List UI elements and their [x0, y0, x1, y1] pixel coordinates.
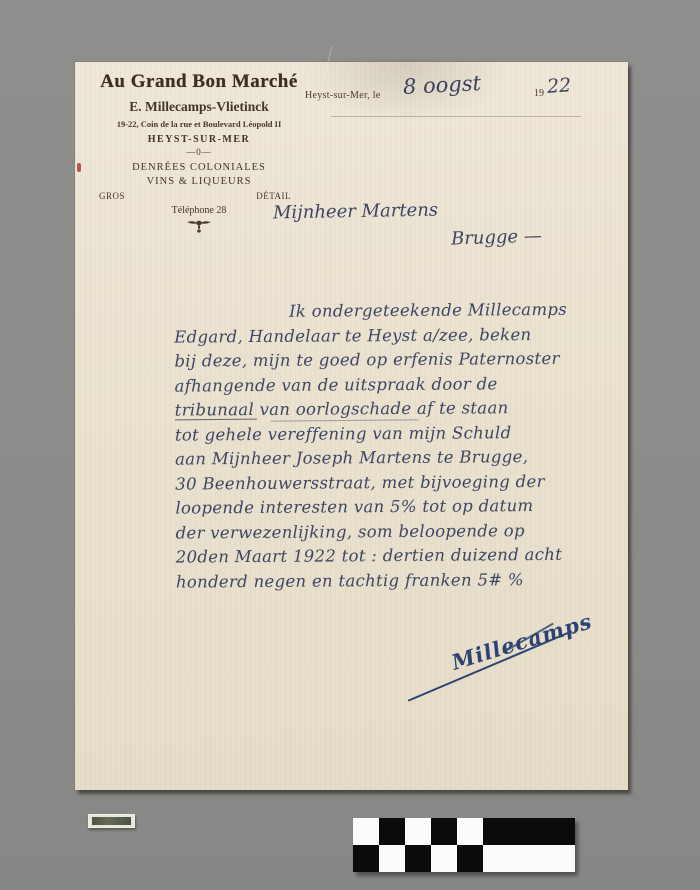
body-line: honderd negen en tachtig franken 5# % — [176, 567, 624, 595]
body-line: bij deze, mijn te goed op erfenis Patern… — [174, 346, 622, 374]
shop-name: Au Grand Bon Marché — [93, 71, 305, 93]
gros-detail-row: GROS DÉTAIL — [93, 191, 305, 201]
letter-paper: Au Grand Bon Marché E. Millecamps-Vlieti… — [75, 62, 628, 790]
dateline-rule — [331, 116, 581, 117]
scale-square — [405, 845, 431, 872]
body-line: Edgard, Handelaar te Heyst a/zee, beken — [174, 322, 622, 350]
scale-square — [431, 818, 457, 845]
body-line: der verwezenlijking, som beloopende op — [176, 518, 624, 546]
scale-bar-row — [353, 845, 575, 872]
letter-body: Ik ondergeteekende Millecamps Edgard, Ha… — [174, 297, 624, 594]
body-line: loopende interesten van 5% tot op datum — [175, 493, 623, 521]
red-ink-speck — [77, 163, 81, 172]
scale-square — [353, 818, 379, 845]
trade-line-coloniales: DENRÉES COLONIALES — [93, 162, 305, 173]
salutation-city: Brugge — — [451, 225, 543, 249]
body-line: afhangende van de uitspraak door de — [174, 371, 622, 399]
scale-bar-segment — [483, 818, 575, 845]
scale-bar-row — [353, 818, 575, 845]
scale-square — [353, 845, 379, 872]
signature-block: Millecamps — [403, 607, 613, 697]
trade-line-vins: VINS & LIQUEURS — [93, 176, 305, 187]
owner-name: E. Millecamps-Vlietinck — [93, 99, 305, 115]
printed-place-date-label: Heyst-sur-Mer, le — [305, 90, 381, 101]
body-line: aan Mijnheer Joseph Martens te Brugge, — [175, 444, 623, 472]
scale-tag-inner — [92, 817, 131, 825]
body-line: Ik ondergeteekende Millecamps — [174, 297, 622, 325]
scale-square — [457, 818, 483, 845]
body-line: 20den Maart 1922 tot : dertien duizend a… — [176, 542, 624, 570]
scale-square — [431, 845, 457, 872]
city-name: HEYST-SUR-MER — [93, 134, 305, 145]
street-address: 19-22, Coin de la rue et Boulevard Léopo… — [93, 119, 305, 129]
letterhead-separator: —0— — [93, 147, 305, 157]
body-line: tot gehele vereffening van mijn Schuld — [175, 420, 623, 448]
scale-square — [405, 818, 431, 845]
retail-label: DÉTAIL — [256, 191, 291, 201]
handwritten-year: 22 — [546, 74, 572, 98]
photographed-document-scene: Au Grand Bon Marché E. Millecamps-Vlieti… — [0, 0, 700, 890]
scale-square — [379, 818, 405, 845]
salutation-addressee: Mijnheer Martens — [273, 200, 438, 224]
printed-year-prefix: 19 — [534, 88, 544, 99]
scale-bar-segment — [483, 845, 575, 872]
wholesale-label: GROS — [99, 191, 125, 201]
handwritten-date: 8 oogst — [402, 71, 481, 99]
scale-tag — [88, 814, 135, 828]
body-line: 30 Beenhouwersstraat, met bijvoeging der — [175, 469, 623, 497]
scale-square — [379, 845, 405, 872]
scale-square — [457, 845, 483, 872]
photo-calibration-scale-bar — [353, 818, 575, 872]
